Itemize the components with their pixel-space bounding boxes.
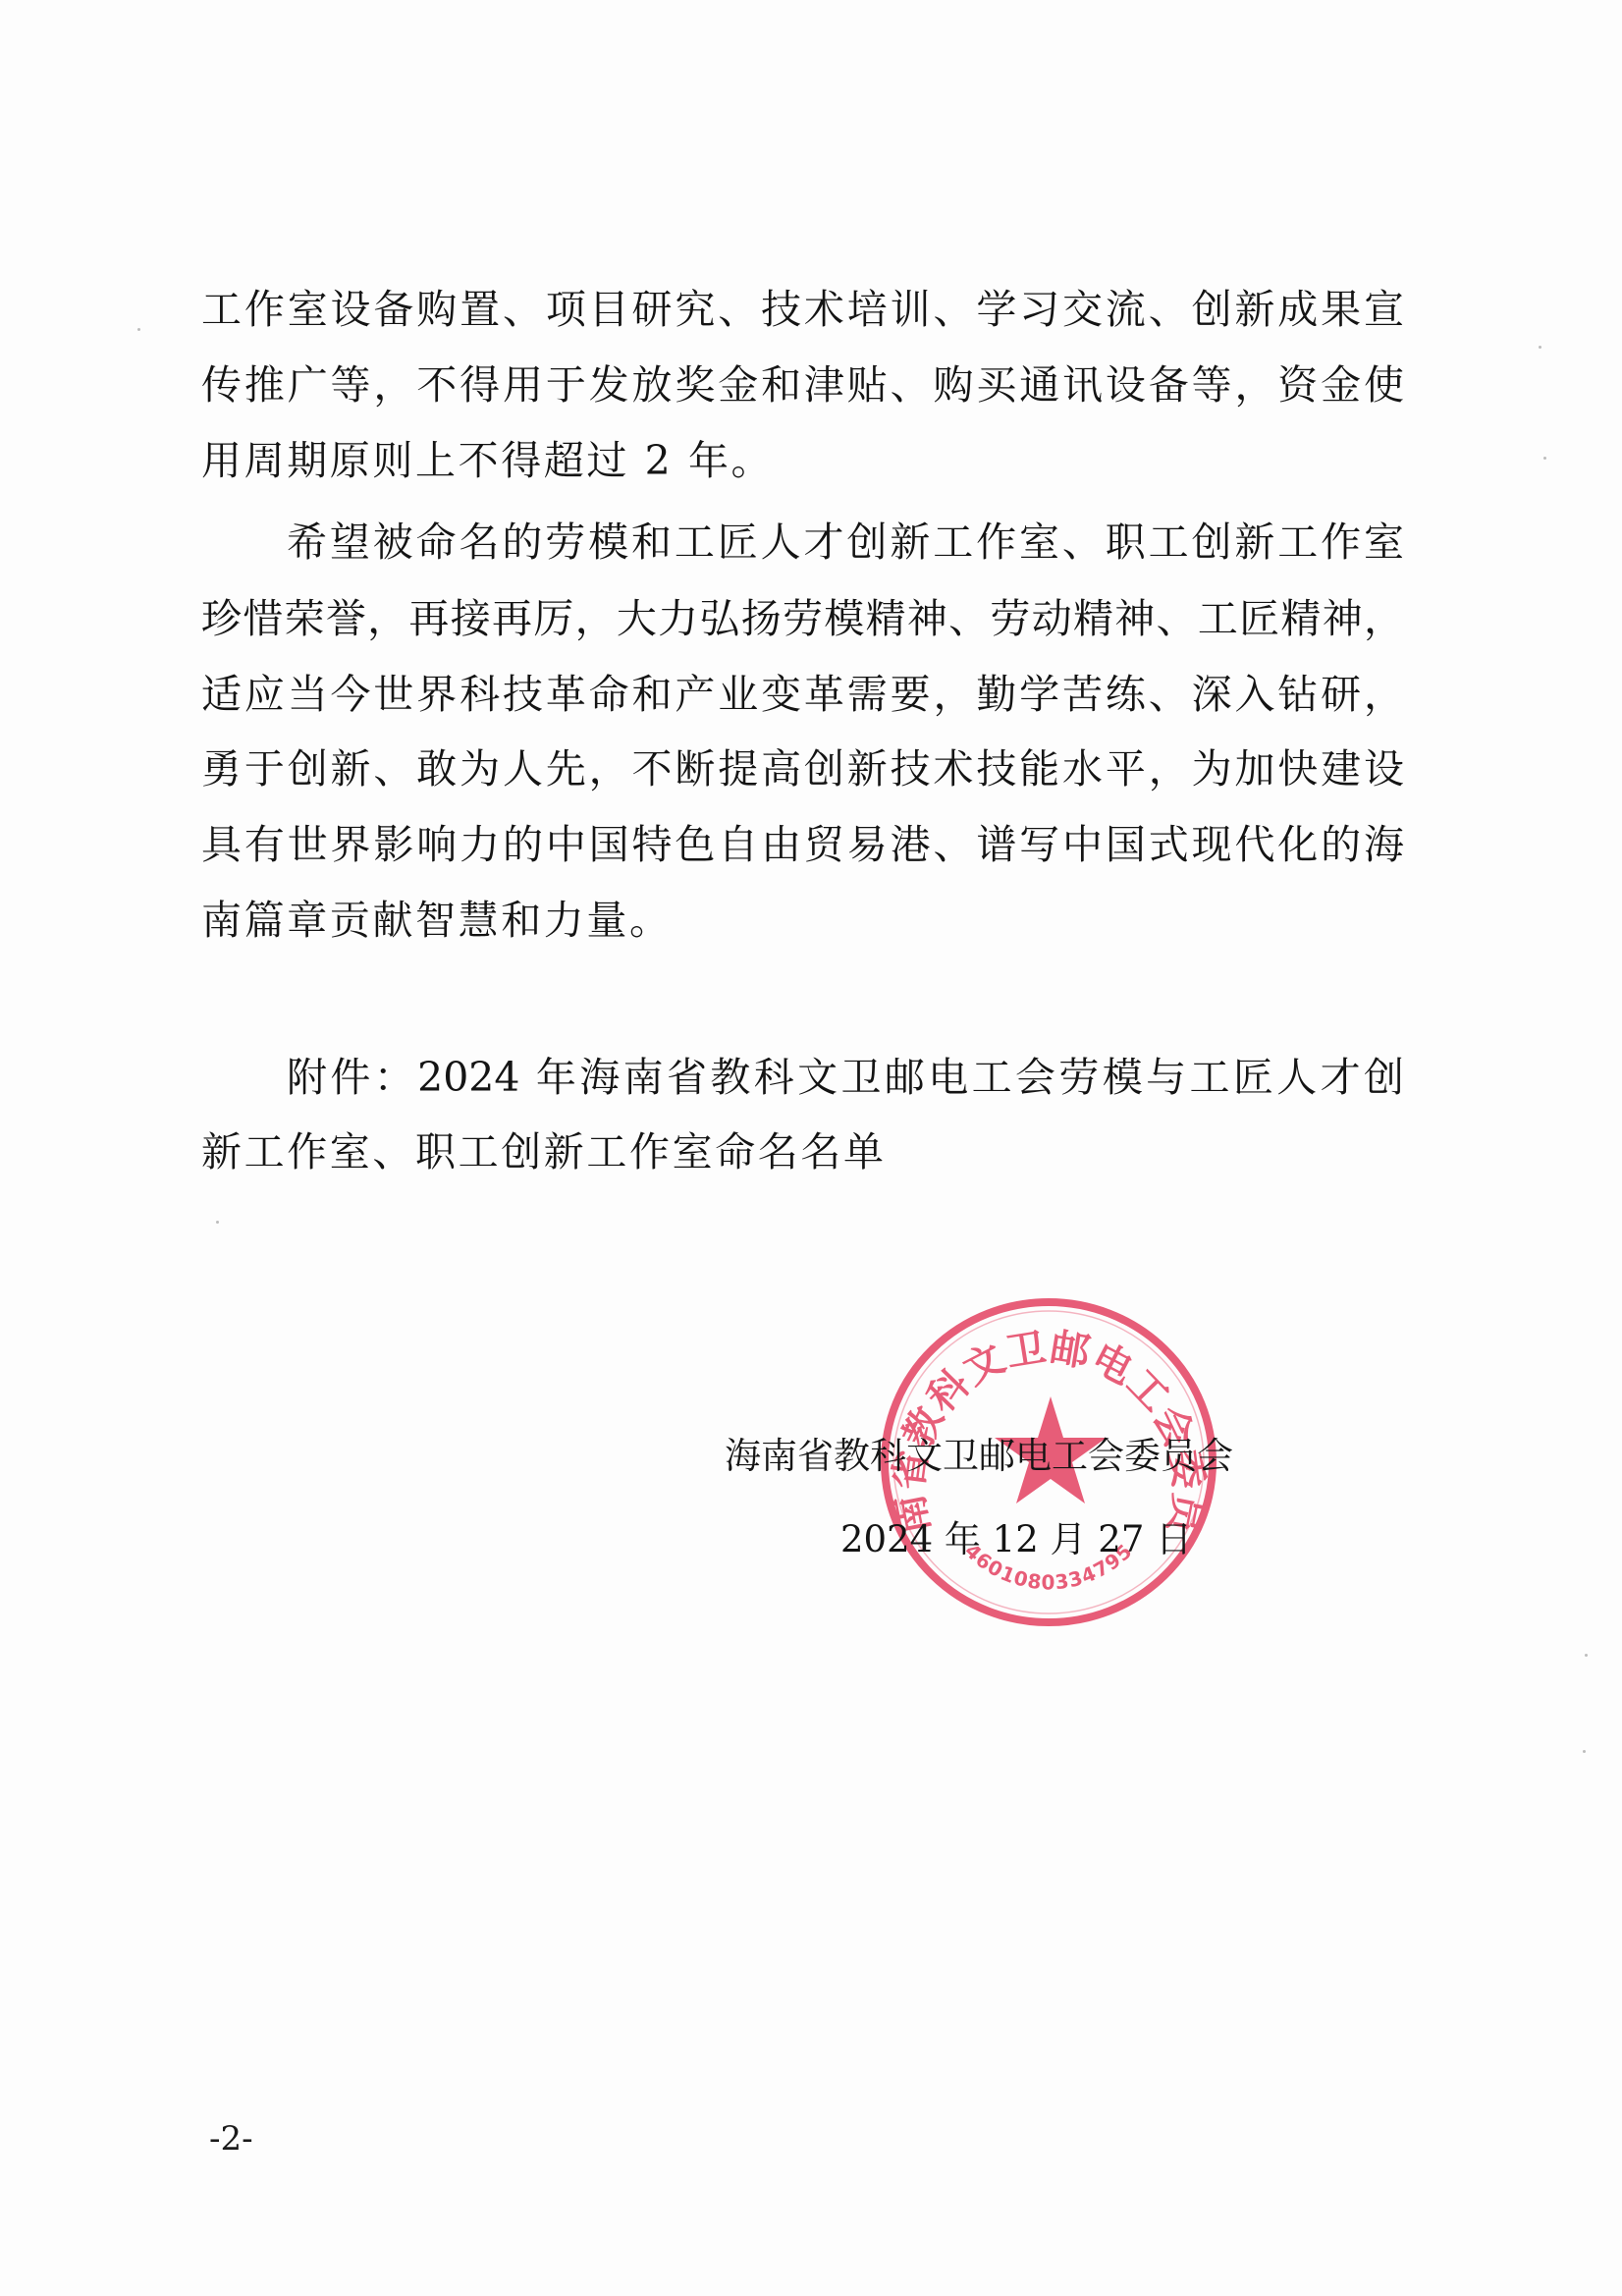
- document-page: 工作室设备购置、项目研究、技术培训、学习交流、创新成果宣 传推广等，不得用于发放…: [0, 0, 1622, 2296]
- signature-organization: 海南省教科文卫邮电工会委员会: [725, 1433, 1202, 1480]
- document-body: 工作室设备购置、项目研究、技术培训、学习交流、创新成果宣 传推广等，不得用于发放…: [0, 0, 1622, 2296]
- scan-speck: [1585, 1654, 1588, 1657]
- paragraph-funding-usage-line-3: 用周期原则上不得超过 2 年。: [201, 435, 1404, 486]
- paragraph-funding-usage-line-1: 工作室设备购置、项目研究、技术培训、学习交流、创新成果宣: [201, 284, 1404, 335]
- attachment-note-line-1: 附件：2024 年海南省教科文卫邮电工会劳模与工匠人才创: [287, 1052, 1404, 1103]
- paragraph-expectations-line-1: 希望被命名的劳模和工匠人才创新工作室、职工创新工作室: [287, 517, 1404, 568]
- attachment-note-line-2: 新工作室、职工创新工作室命名名单: [201, 1126, 1404, 1177]
- paragraph-funding-usage-line-2: 传推广等，不得用于发放奖金和津贴、购买通讯设备等，资金使: [201, 359, 1404, 410]
- paragraph-expectations-line-2: 珍惜荣誉，再接再厉，大力弘扬劳模精神、劳动精神、工匠精神，: [201, 593, 1404, 644]
- scan-speck: [137, 328, 140, 331]
- scan-speck: [1543, 457, 1546, 460]
- scan-speck: [216, 1221, 219, 1224]
- paragraph-expectations-line-5: 具有世界影响力的中国特色自由贸易港、谱写中国式现代化的海: [201, 819, 1404, 870]
- paragraph-expectations-line-4: 勇于创新、敢为人先，不断提高创新技术技能水平，为加快建设: [201, 743, 1404, 794]
- signature-date: 2024 年 12 月 27 日: [840, 1516, 1119, 1563]
- scan-speck: [1583, 1750, 1586, 1753]
- page-number: -2-: [209, 2117, 253, 2160]
- paragraph-expectations-line-3: 适应当今世界科技革命和产业变革需要，勤学苦练、深入钻研，: [201, 669, 1404, 720]
- paragraph-expectations-line-6: 南篇章贡献智慧和力量。: [201, 895, 1404, 946]
- scan-speck: [1539, 346, 1541, 349]
